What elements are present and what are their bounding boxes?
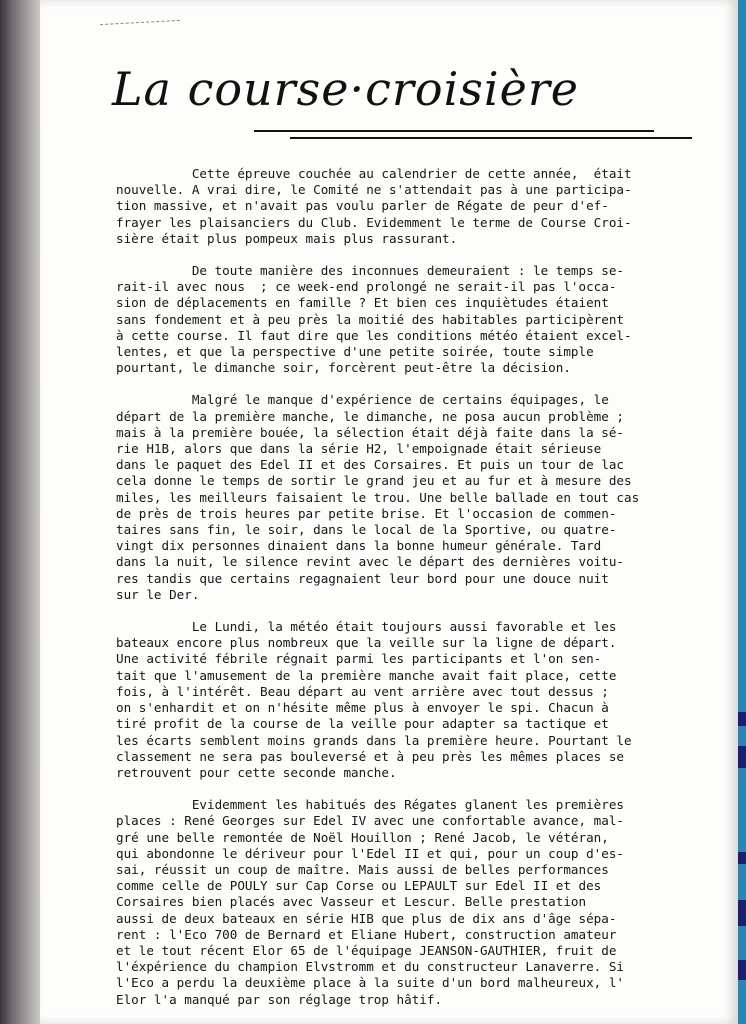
text-line: aussi de deux bateaux en série HIB que p… — [116, 911, 716, 927]
text-line: sur le Der. — [116, 587, 716, 603]
text-line: l'Eco a perdu la deuxième place à la sui… — [116, 975, 716, 991]
text-line: sière était plus pompeux mais plus rassu… — [116, 231, 716, 247]
text-line: rie H1B, alors que dans la série H2, l'e… — [116, 441, 716, 457]
article-title: La course·croisière — [112, 62, 579, 116]
text-line: frayer les plaisanciers du Club. Evidemm… — [116, 215, 716, 231]
text-line: mais à la première bouée, la sélection é… — [116, 425, 716, 441]
text-line: tion massive, et n'avait pas voulu parle… — [116, 198, 716, 214]
text-line: retrouvent pour cette seconde manche. — [116, 765, 716, 781]
text-line: vingt dix personnes dinaient dans la bon… — [116, 538, 716, 554]
text-line: classement ne sera pas bouleversé et à p… — [116, 749, 716, 765]
text-line: rait-il avec nous ; ce week-end prolongé… — [116, 279, 716, 295]
article-body: Cette épreuve couchée au calendrier de c… — [116, 166, 716, 1024]
text-line: comme celle de POULY sur Cap Corse ou LE… — [116, 878, 716, 894]
paragraph: Cette épreuve couchée au calendrier de c… — [116, 166, 716, 247]
text-line: tiré profit de la course de la veille po… — [116, 716, 716, 732]
text-line: fois, à l'intérêt. Beau départ au vent a… — [116, 684, 716, 700]
text-line: dans la nuit, le silence revint avec le … — [116, 554, 716, 570]
text-line: res tandis que certains regagnaient leur… — [116, 571, 716, 587]
paragraph: Evidemment les habitués des Régates glan… — [116, 797, 716, 1008]
text-line: sion de déplacements en famille ? Et bie… — [116, 295, 716, 311]
text-line: pourtant, le dimanche soir, forcèrent pe… — [116, 360, 716, 376]
text-line: et le tout récent Elor 65 de l'équipage … — [116, 943, 716, 959]
text-line: rent : l'Eco 700 de Bernard et Eliane Hu… — [116, 927, 716, 943]
text-line: Corsaires bien placés avec Vasseur et Le… — [116, 894, 716, 910]
text-line: à cette course. Il faut dire que les con… — [116, 328, 716, 344]
title-underline-double — [290, 137, 692, 139]
paragraph: Le Lundi, la météo était toujours aussi … — [116, 619, 716, 781]
title-underline — [254, 130, 654, 132]
paragraph: De toute manière des inconnues demeuraie… — [116, 263, 716, 376]
text-line: de près de trois heures par petite brise… — [116, 506, 716, 522]
text-line: lentes, et que la perspective d'une peti… — [116, 344, 716, 360]
paragraph: Malgré le manque d'expérience de certain… — [116, 392, 716, 603]
text-line: Cette épreuve couchée au calendrier de c… — [116, 166, 716, 182]
text-line: les écarts semblent moins grands dans la… — [116, 733, 716, 749]
text-line: De toute manière des inconnues demeuraie… — [116, 263, 716, 279]
text-line: bateaux encore plus nombreux que la veil… — [116, 635, 716, 651]
text-line: départ de la première manche, le dimanch… — [116, 409, 716, 425]
text-line: Evidemment les habitués des Régates glan… — [116, 797, 716, 813]
text-line: nouvelle. A vrai dire, le Comité ne s'at… — [116, 182, 716, 198]
text-line: Le Lundi, la météo était toujours aussi … — [116, 619, 716, 635]
text-line: taires sans fin, le soir, dans le local … — [116, 522, 716, 538]
text-line: places : René Georges sur Edel IV avec u… — [116, 813, 716, 829]
text-line: l'éxpérience du champion Elvstromm et du… — [116, 959, 716, 975]
text-line: sans fondement et à peu près la moitié d… — [116, 312, 716, 328]
text-line: sai, réussit un coup de maître. Mais aus… — [116, 862, 716, 878]
text-line: miles, les meilleurs faisaient le trou. … — [116, 490, 716, 506]
text-line: cela donne le temps de sortir le grand j… — [116, 473, 716, 489]
text-line: Elor l'a manqué par son réglage trop hât… — [116, 992, 716, 1008]
pencil-mark — [100, 20, 180, 26]
text-line: qui abondonne le dériveur pour l'Edel II… — [116, 846, 716, 862]
next-page-edge — [738, 0, 746, 1024]
text-line: Une activité fébrile régnait parmi les p… — [116, 651, 716, 667]
text-line: tait que l'amusement de la première manc… — [116, 668, 716, 684]
text-line: gré une belle remontée de Noël Houillon … — [116, 830, 716, 846]
text-line: on s'enhardit et on n'hésite même plus à… — [116, 700, 716, 716]
text-line: dans le paquet des Edel II et des Corsai… — [116, 457, 716, 473]
text-line: Malgré le manque d'expérience de certain… — [116, 392, 716, 408]
